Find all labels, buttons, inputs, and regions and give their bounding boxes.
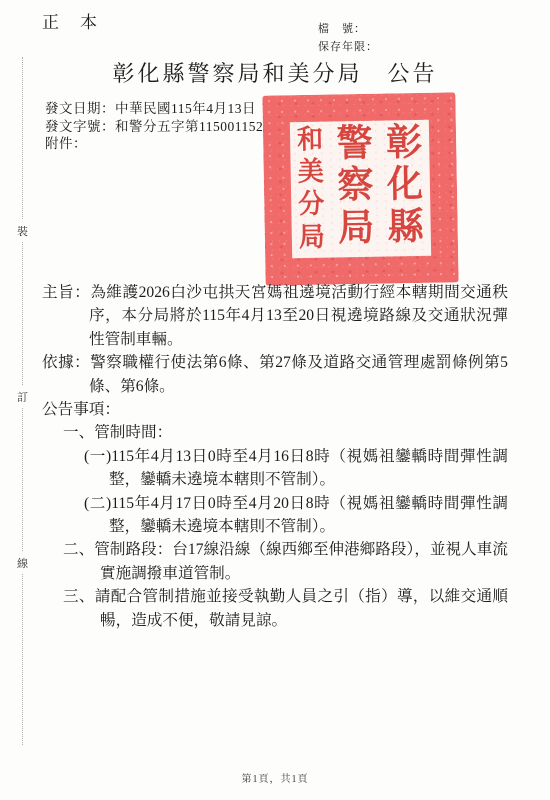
item-1-sub-2: (二)115年4月17日0時至4月20日8時（視媽祖鑾轎時間彈性調整，鑾轎未遶境… [84,492,508,539]
binding-mark-zhuang: 裝 [15,220,30,242]
subject-paragraph: 主旨：為維護2026白沙屯拱天宮媽祖遶境活動行經本轄期間交通秩序，本分局將於11… [42,281,508,351]
item-2: 二、管制路段：台17線沿線（線西鄉至伸港鄉路段），並視人車流實施調撥車道管制。 [63,538,508,585]
item-2-label: 二、 [63,541,94,558]
issue-date-label: 發文日期： [45,101,115,116]
issue-date-row: 發文日期：中華民國115年4月13日 [45,100,295,118]
document-meta: 發文日期：中華民國115年4月13日 發文字號：和警分五字第1150011528… [45,100,295,153]
doc-number-row: 發文字號：和警分五字第1150011528A號 [45,118,295,136]
item-1-sub-1: (一)115年4月13日0時至4月16日8時（視媽祖鑾轎時間彈性調整，鑾轎未遶境… [84,445,508,492]
item-2-text: 管制路段：台17線沿線（線西鄉至伸港鄉路段），並視人車流實施調撥車道管制。 [94,541,508,581]
attachment-row: 附件： [45,135,295,153]
document-title: 彰化縣警察局和美分局 公告 [0,57,550,88]
archive-info: 檔 號： 保存年限： [318,20,378,56]
item-1-sub-2-label: (二) [84,495,111,512]
item-1-sub-1-text: 115年4月13日0時至4月16日8時（視媽祖鑾轎時間彈性調整，鑾轎未遶境本轄則… [109,448,508,488]
item-1-text: 管制時間： [94,424,172,441]
file-number-label: 檔 號： [318,20,378,38]
subject-label: 主旨： [42,284,90,301]
subject-text: 為維護2026白沙屯拱天宮媽祖遶境活動行經本轄期間交通秩序，本分局將於115年4… [89,284,508,348]
basis-paragraph: 依據：警察職權行使法第6條、第27條及道路交通管理處罰條例第5條、第6條。 [42,351,508,398]
copy-type-label: 正 本 [42,8,99,33]
announcement-body: 主旨：為維護2026白沙屯拱天宮媽祖遶境活動行經本轄期間交通秩序，本分局將於11… [42,281,508,632]
doc-number-label: 發文字號： [45,119,115,134]
item-1: 一、管制時間： [63,421,508,444]
item-1-sub-2-text: 115年4月17日0時至4月20日8時（視媽祖鑾轎時間彈性調整，鑾轎未遶境本轄則… [109,495,508,535]
seal-column-middle: 警察局 [336,122,374,256]
seal-column-right: 彰化縣 [386,121,424,255]
seal-column-left: 和美分局 [297,123,325,257]
item-1-sub-1-label: (一) [84,448,111,465]
item-3-label: 三、 [63,588,95,605]
official-seal-stamp: 彰化縣 警察局 和美分局 [262,92,458,285]
items-heading: 公告事項： [42,398,508,421]
binding-mark-xian: 線 [15,552,30,574]
official-seal-inner: 彰化縣 警察局 和美分局 [290,120,431,258]
item-3: 三、請配合管制措施並接受執勤人員之引（指）導，以維交通順暢，造成不便，敬請見諒。 [63,585,508,632]
basis-text: 警察職權行使法第6條、第27條及道路交通管理處罰條例第5條、第6條。 [89,354,508,394]
binding-mark-ding: 訂 [15,386,30,408]
page-number-footer: 第1頁，共1頁 [0,770,550,785]
scanned-official-announcement: 正 本 檔 號： 保存年限： 彰化縣警察局和美分局 公告 發文日期：中華民國11… [0,0,550,800]
item-1-label: 一、 [63,424,94,441]
basis-label: 依據： [42,354,90,371]
issue-date-value: 中華民國115年4月13日 [115,101,256,116]
attachment-label: 附件： [45,136,87,151]
item-3-text: 請配合管制措施並接受執勤人員之引（指）導，以維交通順暢，造成不便，敬請見諒。 [95,588,508,628]
retention-label: 保存年限： [318,38,378,56]
